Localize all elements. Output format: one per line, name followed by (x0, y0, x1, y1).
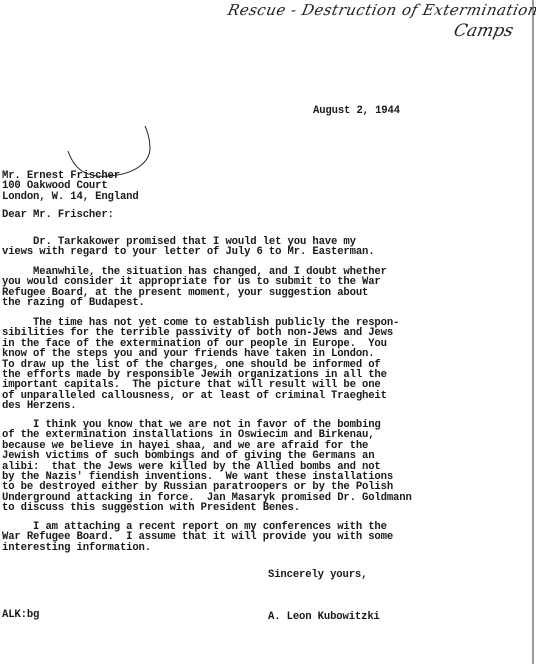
closing: Sincerely yours, (268, 570, 367, 580)
signature-name: A. Leon Kubowitzki (268, 612, 380, 622)
recipient-address: Mr. Ernest Frischer 100 Oakwood Court Lo… (2, 171, 139, 202)
recipient-city: London, W. 14, England (2, 191, 139, 203)
paragraph-5: I am attaching a recent report on my con… (2, 522, 393, 553)
salutation: Dear Mr. Frischer: (2, 210, 114, 220)
letter-page: Rescue - Destruction of Extermination Ca… (0, 0, 534, 664)
paragraph-4: I think you know that we are not in favo… (2, 420, 412, 514)
paragraph-3: The time has not yet come to establish p… (2, 318, 399, 412)
handwritten-line-2: Camps (452, 23, 514, 40)
paragraph-2: Meanwhile, the situation has changed, an… (2, 267, 387, 309)
letter-date: August 2, 1944 (313, 106, 400, 116)
paragraph-1: Dr. Tarkakower promised that I would let… (2, 237, 374, 258)
reference-initials: ALK:bg (2, 610, 39, 620)
handwritten-line-1: Rescue - Destruction of Extermination (226, 2, 536, 19)
